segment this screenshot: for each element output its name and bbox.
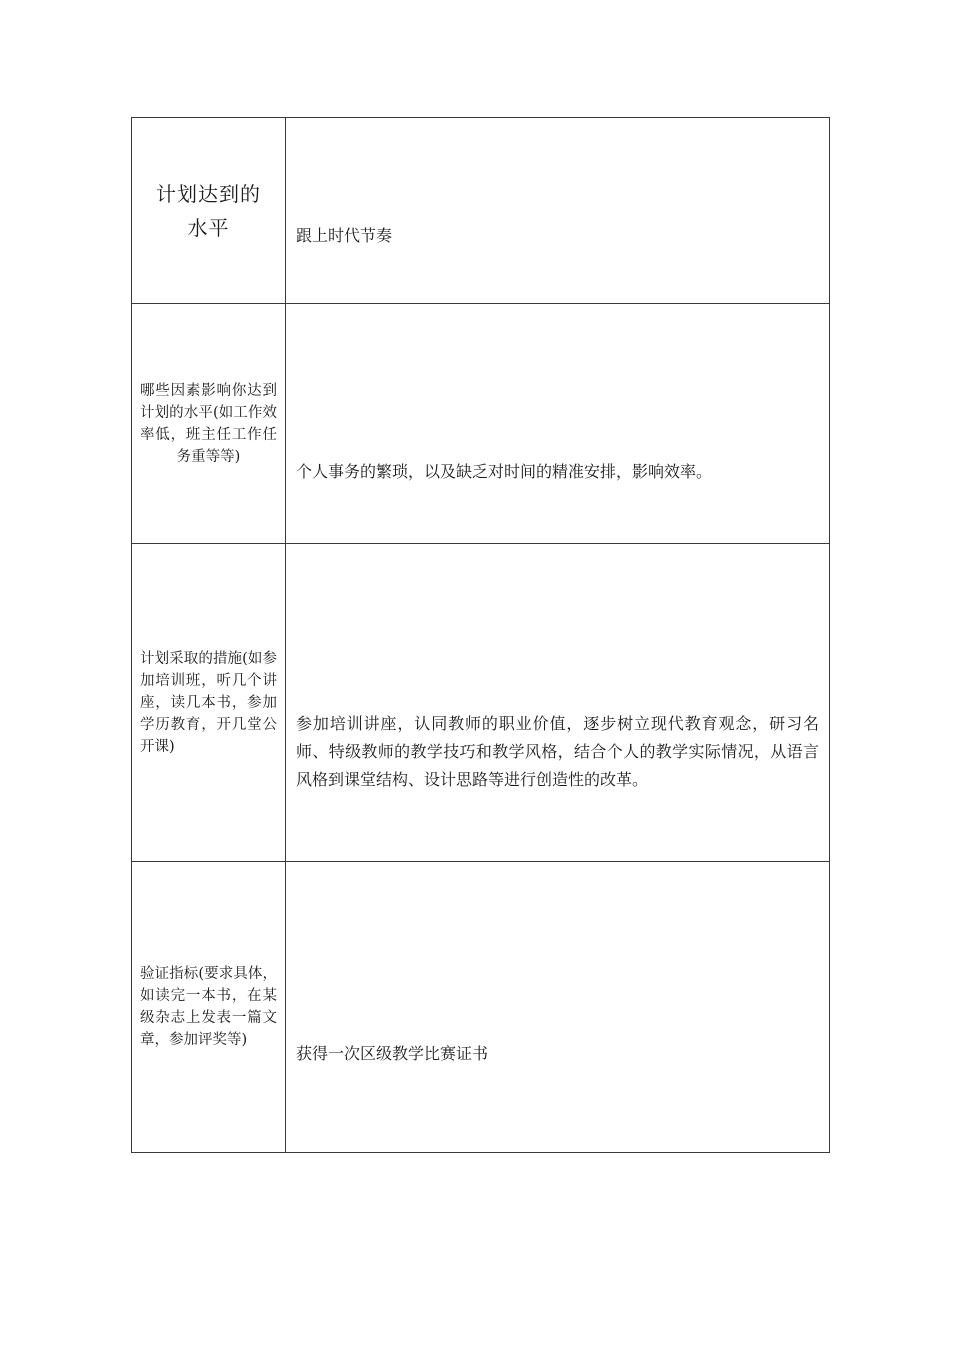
label-cell: 计划达到的水平	[132, 118, 286, 304]
document-page: 计划达到的水平 跟上时代节奏 哪些因素影响你达到计划的水平(如工作效率低，班主任…	[0, 0, 960, 1357]
table-row-planned-measures: 计划采取的措施(如参加培训班，听几个讲座，读几本书，参加学历教育，开几堂公开课)…	[132, 544, 830, 862]
content-cell: 个人事务的繁琐，以及缺乏对时间的精准安排，影响效率。	[286, 304, 830, 544]
content-cell: 跟上时代节奏	[286, 118, 830, 304]
label-cell: 哪些因素影响你达到计划的水平(如工作效率低，班主任工作任务重等等)	[132, 304, 286, 544]
row-label: 计划采取的措施(如参加培训班，听几个讲座，读几本书，参加学历教育，开几堂公开课)	[132, 648, 285, 758]
row-label: 计划达到的水平	[154, 177, 264, 245]
label-cell: 验证指标(要求具体，如读完一本书，在某级杂志上发表一篇文章，参加评奖等)	[132, 862, 286, 1153]
row-content: 获得一次区级教学比赛证书	[286, 947, 829, 1068]
table-row-influencing-factors: 哪些因素影响你达到计划的水平(如工作效率低，班主任工作任务重等等) 个人事务的繁…	[132, 304, 830, 544]
row-label: 验证指标(要求具体，如读完一本书，在某级杂志上发表一篇文章，参加评奖等)	[132, 963, 285, 1051]
development-plan-table: 计划达到的水平 跟上时代节奏 哪些因素影响你达到计划的水平(如工作效率低，班主任…	[131, 117, 830, 1153]
content-cell: 获得一次区级教学比赛证书	[286, 862, 830, 1153]
label-cell: 计划采取的措施(如参加培训班，听几个讲座，读几本书，参加学历教育，开几堂公开课)	[132, 544, 286, 862]
table-row-verification-indicators: 验证指标(要求具体，如读完一本书，在某级杂志上发表一篇文章，参加评奖等) 获得一…	[132, 862, 830, 1153]
row-content: 参加培训讲座，认同教师的职业价值，逐步树立现代教育观念，研习名师、特级教师的教学…	[286, 611, 829, 794]
content-cell: 参加培训讲座，认同教师的职业价值，逐步树立现代教育观念，研习名师、特级教师的教学…	[286, 544, 830, 862]
row-label: 哪些因素影响你达到计划的水平(如工作效率低，班主任工作任务重等等)	[132, 380, 285, 468]
row-content: 个人事务的繁琐，以及缺乏对时间的精准安排，影响效率。	[286, 362, 829, 486]
table-row-target-level: 计划达到的水平 跟上时代节奏	[132, 118, 830, 304]
row-content: 跟上时代节奏	[286, 172, 829, 250]
